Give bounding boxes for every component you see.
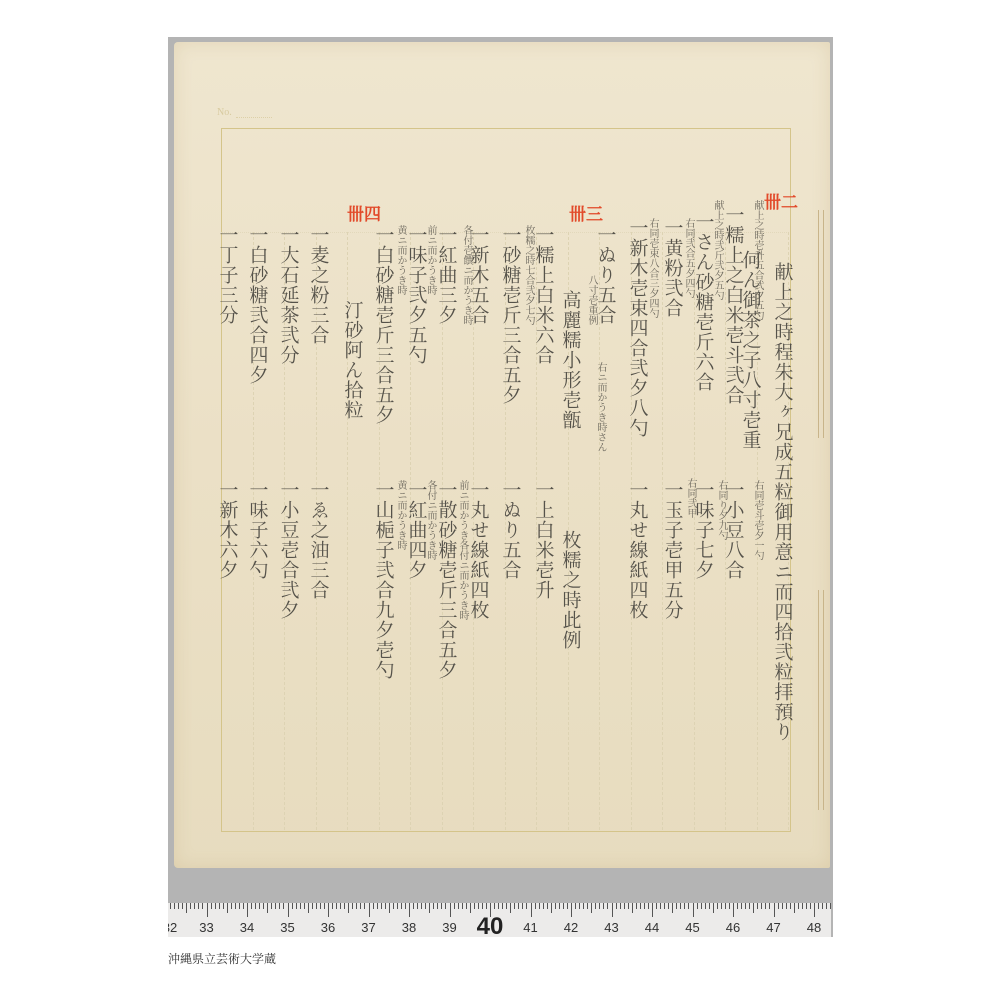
ruler-tick	[778, 903, 779, 909]
annotation-text: 各付壱饌ニ而かうき時	[461, 225, 471, 325]
ruler-tick	[466, 903, 467, 909]
entry-text: 一山梔子弐合九夕壱勺	[374, 480, 393, 680]
ruler-tick	[543, 903, 544, 909]
entry-text: 一紅曲四夕	[407, 480, 426, 580]
ruler-tick	[409, 903, 410, 917]
entry-text: 一小豆壱合弐夕	[279, 480, 298, 620]
ruler-tick	[660, 903, 661, 909]
ruler-tick	[324, 903, 325, 909]
ruler-tick	[454, 903, 455, 909]
ruler-tick	[583, 903, 584, 909]
ruler-tick	[202, 903, 203, 909]
ruler-tick	[364, 903, 365, 909]
ruler-tick	[591, 903, 592, 913]
ruler-tick	[810, 903, 811, 909]
page-number-blank	[236, 117, 272, 118]
ruler-tick	[344, 903, 345, 909]
ruler-tick	[458, 903, 459, 909]
ruler-tick	[190, 903, 191, 909]
ruler-tick	[531, 903, 532, 917]
ruler-tick	[259, 903, 260, 909]
ruler-tick	[607, 903, 608, 909]
ruler-tick	[482, 903, 483, 909]
ruler-label: 42	[564, 920, 578, 935]
ruler-tick	[603, 903, 604, 909]
ruler-tick	[822, 903, 823, 909]
page-number-label: No.	[217, 107, 232, 118]
entry-text: 一黄粉弐合	[663, 218, 682, 318]
entry-text: 一新木壱束四合弐夕八勺	[628, 218, 647, 438]
ruler-tick	[802, 903, 803, 909]
annotation-text: 右同壱束八合三夕四勺	[647, 218, 657, 318]
ruler-tick	[174, 903, 175, 909]
ruler-tick	[668, 903, 669, 909]
ruler-tick	[717, 903, 718, 909]
ruler-tick	[620, 903, 621, 909]
ruler-tick	[336, 903, 337, 909]
ruler-tick	[693, 903, 694, 917]
entry-text: 一ゑ之油三合	[309, 480, 328, 600]
ruler-tick	[628, 903, 629, 909]
ruler-label: 33	[199, 920, 213, 935]
ruler-tick	[198, 903, 199, 909]
ruler-tick	[826, 903, 827, 909]
ruler-label: 40	[477, 913, 504, 937]
ruler-tick	[215, 903, 216, 909]
ruler-tick	[320, 903, 321, 909]
ruler-tick	[207, 903, 208, 917]
ruler-tick	[656, 903, 657, 909]
ruler-tick	[498, 903, 499, 909]
entry-text: 一白砂糖壱斤三合五夕	[374, 225, 393, 425]
ruler-tick	[567, 903, 568, 909]
ruler-label: 41	[523, 920, 537, 935]
annotation-text: 枚糯之時七合弐夕七勺	[523, 225, 533, 325]
annotation-text: 黄ニ而かうき時	[395, 225, 405, 295]
ruler-tick	[178, 903, 179, 909]
ruler-tick	[774, 903, 775, 917]
ruler-tick	[644, 903, 645, 909]
entry-text: 一糯上白米六合	[534, 225, 553, 365]
ruler-tick	[470, 903, 471, 913]
ruler-tick	[316, 903, 317, 909]
ruler-tick	[373, 903, 374, 909]
entry-text: 献上之時程朱大ヶ兄成五粒御用意ニ而四拾弐粒拝預り	[773, 262, 792, 742]
section-marker: 卌三	[569, 200, 603, 225]
ruler-tick	[652, 903, 653, 917]
ruler-tick	[749, 903, 750, 909]
ruler-tick	[830, 903, 831, 909]
ruler-tick	[765, 903, 766, 909]
entry-text: 一白砂糖弐合四夕	[248, 225, 267, 385]
ruler-tick	[377, 903, 378, 909]
entry-text: 一上白米壱升	[534, 480, 553, 600]
ruler-tick	[579, 903, 580, 909]
ruler-label: 47	[766, 920, 780, 935]
ruler-tick	[494, 903, 495, 909]
ruler-tick	[283, 903, 284, 909]
annotation-text: 前ニ而かうき各付ニ而かうき時	[457, 480, 467, 620]
ruler-tick	[721, 903, 722, 909]
collection-caption: 沖縄県立芸術大学蔵	[168, 950, 276, 967]
ruler-tick	[818, 903, 819, 909]
entry-text: 一丸せ線紙四枚	[469, 480, 488, 620]
ruler-tick	[697, 903, 698, 909]
ruler-label: 45	[685, 920, 699, 935]
ruler-tick	[275, 903, 276, 909]
ruler-tick	[186, 903, 187, 913]
ruler-tick	[474, 903, 475, 909]
ruler-tick	[502, 903, 503, 909]
annotation-text: 黄ニ而かうき時	[395, 480, 405, 550]
ruler-tick	[417, 903, 418, 909]
annotation-text: 八寸壱重例	[586, 275, 596, 325]
ruler-tick	[782, 903, 783, 909]
ruler-tick	[486, 903, 487, 909]
ruler-tick	[445, 903, 446, 909]
ruler-tick	[539, 903, 540, 909]
ruler-label: 36	[321, 920, 335, 935]
ruler-tick	[421, 903, 422, 909]
entry-text: 一ぬり五合	[501, 480, 520, 580]
ruler-tick	[701, 903, 702, 909]
section-marker: 卌二	[764, 188, 798, 213]
ruler-tick	[255, 903, 256, 909]
ruler-tick	[599, 903, 600, 909]
ruler-tick	[551, 903, 552, 913]
ruler-tick	[640, 903, 641, 909]
entry-text: 一ぬり五合	[596, 225, 615, 325]
ruler-tick	[705, 903, 706, 909]
ruler-tick	[680, 903, 681, 909]
entry-text: 高麗糯小形壱甑	[561, 290, 580, 430]
ruler-tick	[522, 903, 523, 909]
ruler-tick	[312, 903, 313, 909]
ruler-tick	[648, 903, 649, 909]
ruler-tick	[636, 903, 637, 909]
ruler-tick	[672, 903, 673, 913]
ruler-tick	[741, 903, 742, 909]
ruler-tick	[304, 903, 305, 909]
entry-text: 汀砂阿ん拾粒	[343, 300, 362, 420]
entry-text: 一丁子三分	[218, 225, 237, 325]
ruler-tick	[535, 903, 536, 909]
ruler-tick	[814, 903, 815, 917]
ruler-tick	[413, 903, 414, 909]
ruler-tick	[478, 903, 479, 909]
entry-text: 一玉子壱甲五分	[663, 480, 682, 620]
annotation-text: 右同弐甲	[685, 478, 695, 518]
section-marker: 卌四	[347, 200, 381, 225]
ruler-tick	[247, 903, 248, 917]
ruler-tick	[381, 903, 382, 909]
ruler-tick	[235, 903, 236, 909]
ruler-tick	[389, 903, 390, 913]
ruler-tick	[506, 903, 507, 909]
ruler-tick	[243, 903, 244, 909]
ruler-label: 37	[361, 920, 375, 935]
measuring-ruler: 3233343536373839404142434445464748	[168, 903, 831, 937]
entry-text: 一大石延茶弐分	[279, 225, 298, 365]
ruler-tick	[616, 903, 617, 909]
ruler-tick	[267, 903, 268, 913]
ruler-tick	[356, 903, 357, 909]
ruler-tick	[790, 903, 791, 909]
ruler-tick	[308, 903, 309, 913]
entry-text: 一味子弐夕五勺	[407, 225, 426, 365]
binding-thread	[818, 590, 824, 810]
ruler-tick	[231, 903, 232, 909]
annotation-text: 右同弐合五夕四勺	[683, 218, 693, 298]
ruler-tick	[676, 903, 677, 909]
entry-text: 一さん砂糖壱斤六合	[694, 212, 713, 392]
annotation-text: 右同り夕九勺	[716, 480, 726, 540]
ruler-tick	[348, 903, 349, 913]
ruler-tick	[296, 903, 297, 909]
ruler-tick	[510, 903, 511, 913]
entry-text: 一味子六勺	[248, 480, 267, 580]
ruler-label: 32	[168, 920, 177, 935]
ruler-label: 48	[807, 920, 821, 935]
ruler-label: 43	[604, 920, 618, 935]
ruler-tick	[737, 903, 738, 909]
ruler-label: 46	[726, 920, 740, 935]
ruler-tick	[587, 903, 588, 909]
ruler-tick	[632, 903, 633, 913]
entry-text: 一糯上之白米壱斗弐合	[724, 205, 743, 405]
ruler-tick	[369, 903, 370, 917]
ruler-tick	[526, 903, 527, 909]
ruler-tick	[340, 903, 341, 909]
ruler-tick	[571, 903, 572, 917]
entry-text: 一丸せ線紙四枚	[628, 480, 647, 620]
ruler-tick	[761, 903, 762, 909]
ruler-tick	[437, 903, 438, 909]
ruler-tick	[462, 903, 463, 909]
ruler-tick	[227, 903, 228, 913]
ruler-tick	[170, 903, 171, 909]
ruler-tick	[709, 903, 710, 909]
ruler-tick	[688, 903, 689, 909]
ruler-tick	[575, 903, 576, 909]
ruler-label: 38	[402, 920, 416, 935]
ruler-tick	[786, 903, 787, 909]
ruler-tick	[429, 903, 430, 913]
entry-text: 一新木六夕	[218, 480, 237, 580]
ruler-tick	[450, 903, 451, 917]
ruler-tick	[547, 903, 548, 909]
ruler-tick	[263, 903, 264, 909]
entry-text: 一砂糖壱斤三合五夕	[501, 225, 520, 405]
ruler-tick	[514, 903, 515, 909]
ruler-tick	[612, 903, 613, 917]
ruler-tick	[769, 903, 770, 909]
ruler-tick	[753, 903, 754, 913]
annotation-text: 右同壱斗壱夕一勺	[752, 480, 762, 560]
ruler-tick	[292, 903, 293, 909]
ruler-tick	[729, 903, 730, 909]
ruler-tick	[798, 903, 799, 909]
entry-text: 枚糯之時此例	[561, 530, 580, 650]
ruler-tick	[713, 903, 714, 913]
ruler-tick	[745, 903, 746, 909]
ruler-tick	[433, 903, 434, 909]
ruler-tick	[360, 903, 361, 909]
ruler-tick	[211, 903, 212, 909]
ruler-tick	[223, 903, 224, 909]
ruler-label: 34	[240, 920, 254, 935]
ruler-tick	[393, 903, 394, 909]
ruler-tick	[684, 903, 685, 909]
ruler-label: 39	[442, 920, 456, 935]
ruler-tick	[288, 903, 289, 917]
ruler-tick	[328, 903, 329, 917]
ruler-tick	[757, 903, 758, 909]
ruler-tick	[219, 903, 220, 909]
ruler-tick	[182, 903, 183, 909]
ruler-tick	[806, 903, 807, 909]
ruler-tick	[300, 903, 301, 909]
ruler-label: 35	[280, 920, 294, 935]
ruler-tick	[725, 903, 726, 909]
ruler-tick	[194, 903, 195, 909]
ruler-tick	[352, 903, 353, 909]
ruler-tick	[624, 903, 625, 909]
entry-text: 一味子七夕	[694, 480, 713, 580]
ruler-tick	[518, 903, 519, 909]
ruler-tick	[441, 903, 442, 909]
ruler-tick	[385, 903, 386, 909]
ruler-tick	[733, 903, 734, 917]
entry-text: 一散砂糖壱斤三合五夕	[437, 480, 456, 680]
ruler-tick	[595, 903, 596, 909]
ruler-tick	[401, 903, 402, 909]
ruler-tick	[555, 903, 556, 909]
annotation-text: 右ニ而かうき時さん	[595, 362, 605, 452]
ruler-tick	[794, 903, 795, 913]
annotation-text: 各付ニ而かうき時	[425, 480, 435, 560]
ruler-tick	[251, 903, 252, 909]
ruler-tick	[332, 903, 333, 909]
ruler-tick	[239, 903, 240, 909]
ruler-tick	[405, 903, 406, 909]
ruler-label: 44	[645, 920, 659, 935]
entry-text: 一紅曲三夕	[437, 225, 456, 325]
ruler-tick	[279, 903, 280, 909]
binding-thread	[818, 210, 824, 438]
ruler-tick	[425, 903, 426, 909]
ruler-tick	[559, 903, 560, 909]
entry-text: 一麦之粉三合	[309, 225, 328, 345]
ruler-tick	[664, 903, 665, 909]
ruler-tick	[563, 903, 564, 909]
ruler-tick	[397, 903, 398, 909]
ruler-tick	[271, 903, 272, 909]
